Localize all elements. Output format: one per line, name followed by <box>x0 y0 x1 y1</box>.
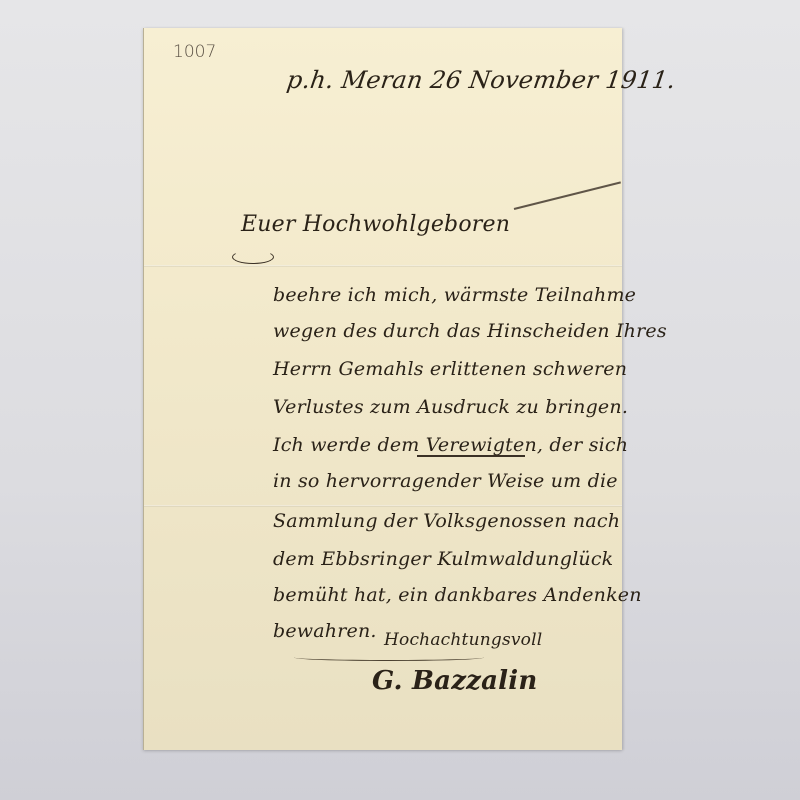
body-line: wegen des durch das Hinscheiden Ihres <box>273 320 667 342</box>
closing: Hochachtungsvoll <box>384 630 542 650</box>
salutation-flourish <box>232 250 274 264</box>
body-line: dem Ebbsringer Kulmwaldunglück <box>273 548 613 570</box>
body-line: beehre ich mich, wärmste Teilnahme <box>273 284 636 306</box>
dateline: p.h. Meran 26 November 1911. <box>285 66 677 94</box>
body-line: Herrn Gemahls erlittenen schweren <box>273 358 627 380</box>
signature: G. Bazzalin <box>372 666 537 696</box>
body-line: bemüht hat, ein dankbares Andenken <box>273 584 642 606</box>
letter-page: 1007 p.h. Meran 26 November 1911. Euer H… <box>143 28 622 750</box>
body-line: Ich werde dem Verewigten, der sich <box>273 434 628 456</box>
closing-flourish <box>294 654 484 661</box>
salutation-tail-stroke <box>514 181 621 210</box>
fold-line-lower <box>144 505 622 507</box>
salutation: Euer Hochwohlgeboren <box>241 212 510 237</box>
body-line: in so hervorragender Weise um die <box>273 470 618 492</box>
fold-line-upper <box>144 265 622 267</box>
archive-number: 1007 <box>173 42 216 62</box>
body-line: Sammlung der Volksgenossen nach <box>273 510 620 532</box>
body-line: Verlustes zum Ausdruck zu bringen. <box>273 396 628 418</box>
body-line: bewahren. <box>273 620 377 642</box>
